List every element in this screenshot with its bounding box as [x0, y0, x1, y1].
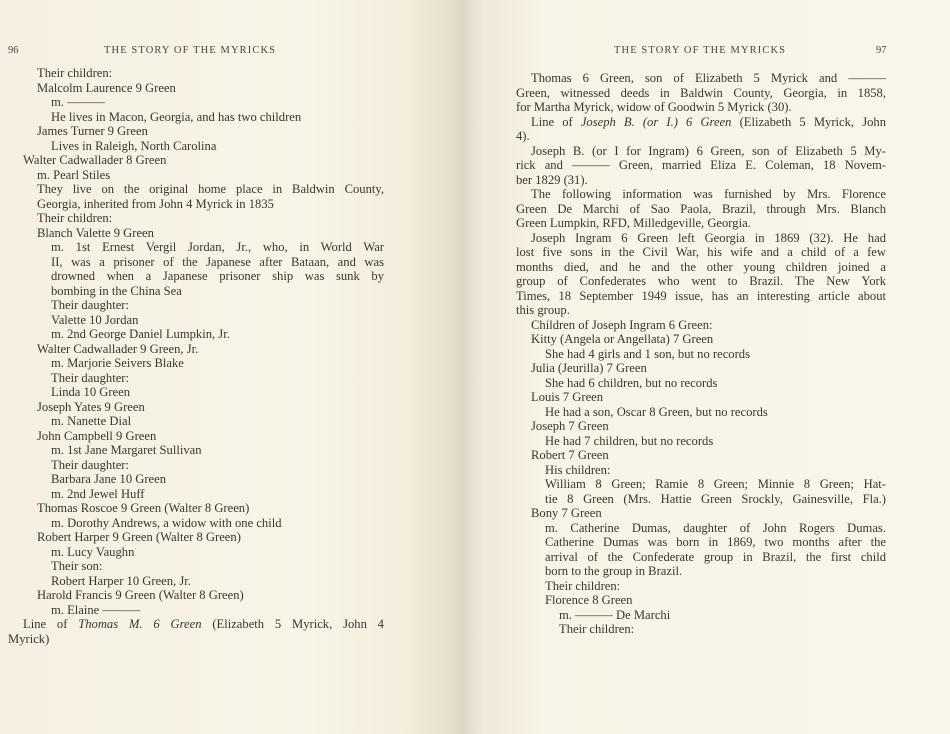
text-line: m. 2nd George Daniel Lumpkin, Jr. — [8, 327, 384, 342]
text-line: m. ——— De Marchi — [516, 608, 886, 623]
text-line: tie 8 Green (Mrs. Hattie Green Srockly, … — [516, 492, 886, 507]
text-line: Thomas Roscoe 9 Green (Walter 8 Green) — [8, 501, 384, 516]
text-line: Georgia, inherited from John 4 Myrick in… — [8, 197, 384, 212]
children-list: Children of Joseph Ingram 6 Green:Kitty … — [516, 318, 886, 637]
text-line: bombing in the China Sea — [8, 284, 384, 299]
running-header-left: THE STORY OF THE MYRICKS — [104, 45, 276, 56]
text-line: m. Pearl Stiles — [8, 168, 384, 183]
right-page: THE STORY OF THE MYRICKS 97 Thomas 6 Gre… — [486, 0, 950, 734]
text-line: He lives in Macon, Georgia, and has two … — [8, 110, 384, 125]
text-line: Malcolm Laurence 9 Green — [8, 81, 384, 96]
text-line: Robert Harper 10 Green, Jr. — [8, 574, 384, 589]
text-line: They live on the original home place in … — [8, 182, 384, 197]
text-line: James Turner 9 Green — [8, 124, 384, 139]
right-page-body: Thomas 6 Green, son of Elizabeth 5 Myric… — [516, 71, 886, 637]
paragraph-line: Thomas 6 Green, son of Elizabeth 5 Myric… — [516, 71, 886, 86]
text-line: Florence 8 Green — [516, 593, 886, 608]
text-line: Walter Cadwallader 8 Green — [8, 153, 384, 168]
text-line: m. Nanette Dial — [8, 414, 384, 429]
text-line: m. Elaine ——— — [8, 603, 384, 618]
paragraph-line: months died, and he and the other young … — [516, 260, 886, 275]
line-of-suffix: (Elizabeth 5 Myrick, John — [731, 115, 886, 129]
text-line: Barbara Jane 10 Green — [8, 472, 384, 487]
text-line: m. Catherine Dumas, daughter of John Rog… — [516, 521, 886, 536]
paragraph-information-source: The following information was furnished … — [516, 187, 886, 231]
running-header-right: THE STORY OF THE MYRICKS — [614, 45, 786, 56]
paragraph-line: this group. — [516, 303, 886, 318]
line-of-name: Thomas M. 6 Green — [78, 617, 201, 631]
text-line: Their daughter: — [8, 458, 384, 473]
paragraph-joseph-b: Joseph B. (or I for Ingram) 6 Green, son… — [516, 144, 886, 188]
text-line: m. 1st Ernest Vergil Jordan, Jr., who, i… — [8, 240, 384, 255]
text-line: Linda 10 Green — [8, 385, 384, 400]
left-page-body: Their children:Malcolm Laurence 9 Greenm… — [8, 66, 384, 646]
text-line: She had 6 children, but no records — [516, 376, 886, 391]
text-line: m. Lucy Vaughn — [8, 545, 384, 560]
text-line: Their daughter: — [8, 371, 384, 386]
text-line: He had 7 children, but no records — [516, 434, 886, 449]
text-line: drowned when a Japanese prisoner ship wa… — [8, 269, 384, 284]
text-line: Kitty (Angela or Angellata) 7 Green — [516, 332, 886, 347]
paragraph-line: Joseph Ingram 6 Green left Georgia in 18… — [516, 231, 886, 246]
text-line: William 8 Green; Ramie 8 Green; Minnie 8… — [516, 477, 886, 492]
text-line: m. Marjorie Seivers Blake — [8, 356, 384, 371]
line-of-name: Joseph B. (or I.) 6 Green — [581, 115, 732, 129]
text-line: Their children: — [8, 66, 384, 81]
book-gutter — [440, 0, 486, 734]
text-line: Joseph 7 Green — [516, 419, 886, 434]
text-line: Their children: — [516, 579, 886, 594]
text-line: Children of Joseph Ingram 6 Green: — [516, 318, 886, 333]
text-line: Robert 7 Green — [516, 448, 886, 463]
text-line: m. Dorothy Andrews, a widow with one chi… — [8, 516, 384, 531]
text-line: born to the group in Brazil. — [516, 564, 886, 579]
line-of-prefix: Line of — [23, 617, 78, 631]
text-line: Bony 7 Green — [516, 506, 886, 521]
line-of-continuation: 4). — [516, 129, 886, 144]
text-line: II, was a prisoner of the Japanese after… — [8, 255, 384, 270]
line-of-prefix: Line of — [531, 115, 581, 129]
text-line: Walter Cadwallader 9 Green, Jr. — [8, 342, 384, 357]
text-line: Robert Harper 9 Green (Walter 8 Green) — [8, 530, 384, 545]
paragraph-line: for Martha Myrick, widow of Goodwin 5 My… — [516, 100, 886, 115]
line-of-suffix: (Elizabeth 5 Myrick, John 4 — [202, 617, 384, 631]
text-line: Lives in Raleigh, North Carolina — [8, 139, 384, 154]
left-page: 96 THE STORY OF THE MYRICKS Their childr… — [0, 0, 440, 734]
text-line: Their children: — [516, 622, 886, 637]
paragraph-line: lost five sons in the Civil War, his wif… — [516, 245, 886, 260]
text-line: Joseph Yates 9 Green — [8, 400, 384, 415]
page-number-right: 97 — [876, 45, 887, 56]
text-line: John Campbell 9 Green — [8, 429, 384, 444]
paragraph-line: Times, 18 September 1949 issue, has an i… — [516, 289, 886, 304]
text-line: arrival of the Confederate group in Braz… — [516, 550, 886, 565]
text-line: Catherine Dumas was born in 1869, two mo… — [516, 535, 886, 550]
paragraph-line: rick and ——— Green, married Eliza E. Col… — [516, 158, 886, 173]
paragraph-line: group of Confederates who went to Brazil… — [516, 274, 886, 289]
line-of-joseph: Line of Joseph B. (or I.) 6 Green (Eliza… — [516, 115, 886, 130]
text-line: m. ——— — [8, 95, 384, 110]
text-line: m. 2nd Jewel Huff — [8, 487, 384, 502]
paragraph-line: Green Lumpkin, RFD, Milledgeville, Georg… — [516, 216, 886, 231]
closing-line-continuation: Myrick) — [8, 632, 384, 647]
paragraph-joseph-ingram: Joseph Ingram 6 Green left Georgia in 18… — [516, 231, 886, 318]
paragraph-line: The following information was furnished … — [516, 187, 886, 202]
text-line: Harold Francis 9 Green (Walter 8 Green) — [8, 588, 384, 603]
text-line: Valette 10 Jordan — [8, 313, 384, 328]
paragraph-line: Green De Marchi of Sao Paola, Brazil, th… — [516, 202, 886, 217]
text-line: She had 4 girls and 1 son, but no record… — [516, 347, 886, 362]
text-line: Their son: — [8, 559, 384, 574]
text-line: Their daughter: — [8, 298, 384, 313]
text-line: Julia (Jeurilla) 7 Green — [516, 361, 886, 376]
paragraph-line: Green, witnessed deeds in Baldwin County… — [516, 86, 886, 101]
paragraph-line: Joseph B. (or I for Ingram) 6 Green, son… — [516, 144, 886, 159]
text-line: Louis 7 Green — [516, 390, 886, 405]
text-line: Their children: — [8, 211, 384, 226]
left-line-list: Their children:Malcolm Laurence 9 Greenm… — [8, 66, 384, 617]
text-line: He had a son, Oscar 8 Green, but no reco… — [516, 405, 886, 420]
paragraph-line: ber 1829 (31). — [516, 173, 886, 188]
closing-line: Line of Thomas M. 6 Green (Elizabeth 5 M… — [8, 617, 384, 632]
text-line: His children: — [516, 463, 886, 478]
paragraph-thomas: Thomas 6 Green, son of Elizabeth 5 Myric… — [516, 71, 886, 115]
text-line: Blanch Valette 9 Green — [8, 226, 384, 241]
book-spread: 96 THE STORY OF THE MYRICKS Their childr… — [0, 0, 950, 734]
text-line: m. 1st Jane Margaret Sullivan — [8, 443, 384, 458]
page-number-left: 96 — [8, 45, 19, 56]
